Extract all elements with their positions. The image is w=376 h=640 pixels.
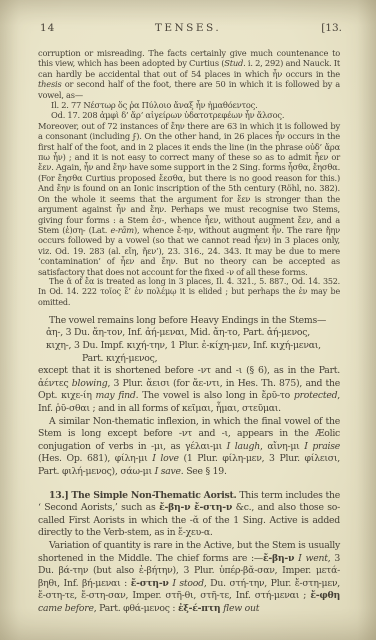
page-body: corruption or misreading. The facts cert… [38, 48, 340, 615]
section-13-heading-paragraph: 13.] The Simple Non-Thematic Aorist. Thi… [38, 490, 340, 540]
page-header: 14 TENSES. [13. [0, 0, 376, 38]
stem-line-kiche: κιχη-, 3 Du. Impf. κιχή-την, 1 Plur. ἐ-κ… [46, 340, 340, 353]
paragraph-continuation: corruption or misreading. The facts cert… [38, 48, 340, 100]
paragraph-een-discussion: Moreover, out of 72 instances of ἔην the… [38, 121, 340, 277]
paragraph-shortening-exception: except that it is shortened before -ντ a… [38, 365, 340, 415]
verse-quote-iliad: Il. 2. 77 Νέστωρ ὅς ῥα Πύλοιο ἄναξ ἦν ἠμ… [51, 100, 340, 110]
paragraph-variation-of-quantity: Variation of quantity is rare in the Act… [38, 540, 340, 616]
section-reference: [13. [321, 22, 342, 34]
verse-quote-odyssey: Od. 17. 208 ἀμφὶ δ’ ἄρ’ αἰγείρων ὑδατοτρ… [51, 110, 340, 120]
page-number: 14 [40, 22, 55, 34]
paragraph-vowel-remains-long: The vowel remains long before Heavy Endi… [38, 315, 340, 328]
note-alpha-quantity: The ᾰ of ἔα is treated as long in 3 plac… [38, 277, 340, 308]
stem-line-continuation: Part. κιχή-μενος, [82, 353, 340, 366]
paragraph-aeolic-conjugation: A similar Non-thematic inflexion, in whi… [38, 416, 340, 479]
scanned-book-page: 14 TENSES. [13. corruption or misreading… [0, 0, 376, 640]
stem-line-ae: ἀη-, 3 Du. ἄη-τον, Inf. ἀή-μεναι, Mid. ἄ… [46, 327, 340, 340]
running-title: TENSES. [155, 22, 221, 34]
